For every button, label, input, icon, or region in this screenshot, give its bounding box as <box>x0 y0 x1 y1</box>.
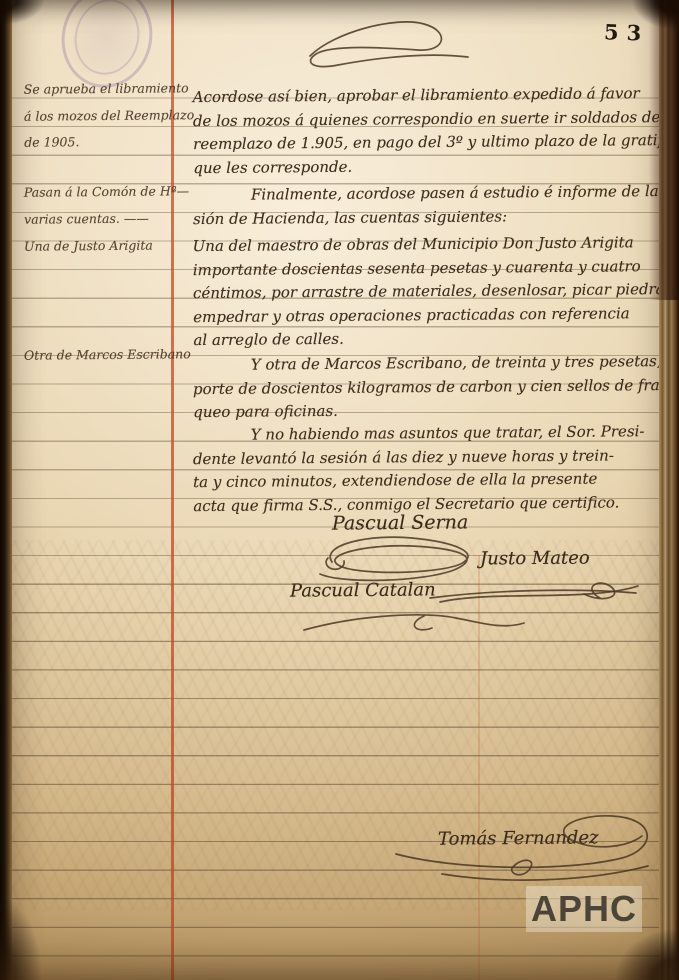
top-rubric-flourish <box>300 12 480 74</box>
signature-pascual-catalan: Pascual Catalan <box>290 579 436 601</box>
margin-note-line: varias cuentas. —— <box>24 205 184 233</box>
body-line: dente levantó la sesión á las diez y nue… <box>193 443 679 471</box>
margin-note-line: de 1905. <box>24 128 184 156</box>
margin-note-approval: Se aprueba el libramiento á los mozos de… <box>24 75 185 156</box>
body-line: Y otra de Marcos Escribano, de treinta y… <box>193 350 679 378</box>
body-line: porte de doscientos kilogramos de carbon… <box>193 373 679 401</box>
margin-note-line: Una de Justo Arigita <box>24 232 184 260</box>
paragraph-libramiento: Acordose así bien, aprobar el libramient… <box>193 82 679 180</box>
margin-note-arigita: Una de Justo Arigita <box>24 232 184 260</box>
body-line: empedrar y otras operaciones practicadas… <box>193 301 679 329</box>
body-line: Finalmente, acordose pasen á estudio é i… <box>193 180 679 208</box>
paragraph-cierre-sesion: Y no habiendo mas asuntos que tratar, el… <box>193 420 679 518</box>
margin-note-escribano: Otra de Marcos Escribano <box>24 341 184 369</box>
paragraph-cuenta-escribano: Y otra de Marcos Escribano, de treinta y… <box>193 350 679 425</box>
body-line: que les corresponde. <box>193 152 679 180</box>
margin-note-line: Otra de Marcos Escribano <box>24 341 184 369</box>
corner-shadow-top-right <box>609 0 679 34</box>
corner-shadow-bottom-left <box>0 860 50 980</box>
paper-page: 53 Se aprueba el libramiento á los mozos… <box>10 0 661 980</box>
body-line: Y no habiendo mas asuntos que tratar, el… <box>193 420 679 448</box>
lower-rubric-stroke <box>296 606 528 640</box>
ledger-page-photo: 53 Se aprueba el libramiento á los mozos… <box>0 0 679 980</box>
margin-note-line: á los mozos del Reemplazo <box>24 102 184 130</box>
paragraph-comision-hacienda: Finalmente, acordose pasen á estudio é i… <box>193 180 679 231</box>
body-line: céntimos, por arrastre de materiales, de… <box>193 278 679 306</box>
book-binding-edge <box>0 0 12 980</box>
margin-note-accounts: Pasan á la Comón de Hª— varias cuentas. … <box>24 178 184 232</box>
margin-note-line: Pasan á la Comón de Hª— <box>24 178 184 206</box>
paragraph-cuenta-arigita: Una del maestro de obras del Municipio D… <box>192 231 679 353</box>
corner-shadow-bottom-right <box>589 920 679 980</box>
corner-shadow-top-left <box>0 0 60 26</box>
signature-justo-mateo: Justo Mateo <box>480 548 590 570</box>
body-line: sión de Hacienda, las cuentas siguientes… <box>193 203 679 231</box>
body-line: al arreglo de calles. <box>193 325 679 353</box>
right-edge-shadow <box>649 0 679 300</box>
margin-note-line: Se aprueba el libramiento <box>24 75 184 103</box>
body-line: Acordose así bien, aprobar el libramient… <box>193 82 679 110</box>
body-line: reemplazo de 1.905, en pago del 3º y ult… <box>193 129 679 157</box>
fernandez-flourish <box>384 806 676 886</box>
body-line: Una del maestro de obras del Municipio D… <box>192 231 678 259</box>
